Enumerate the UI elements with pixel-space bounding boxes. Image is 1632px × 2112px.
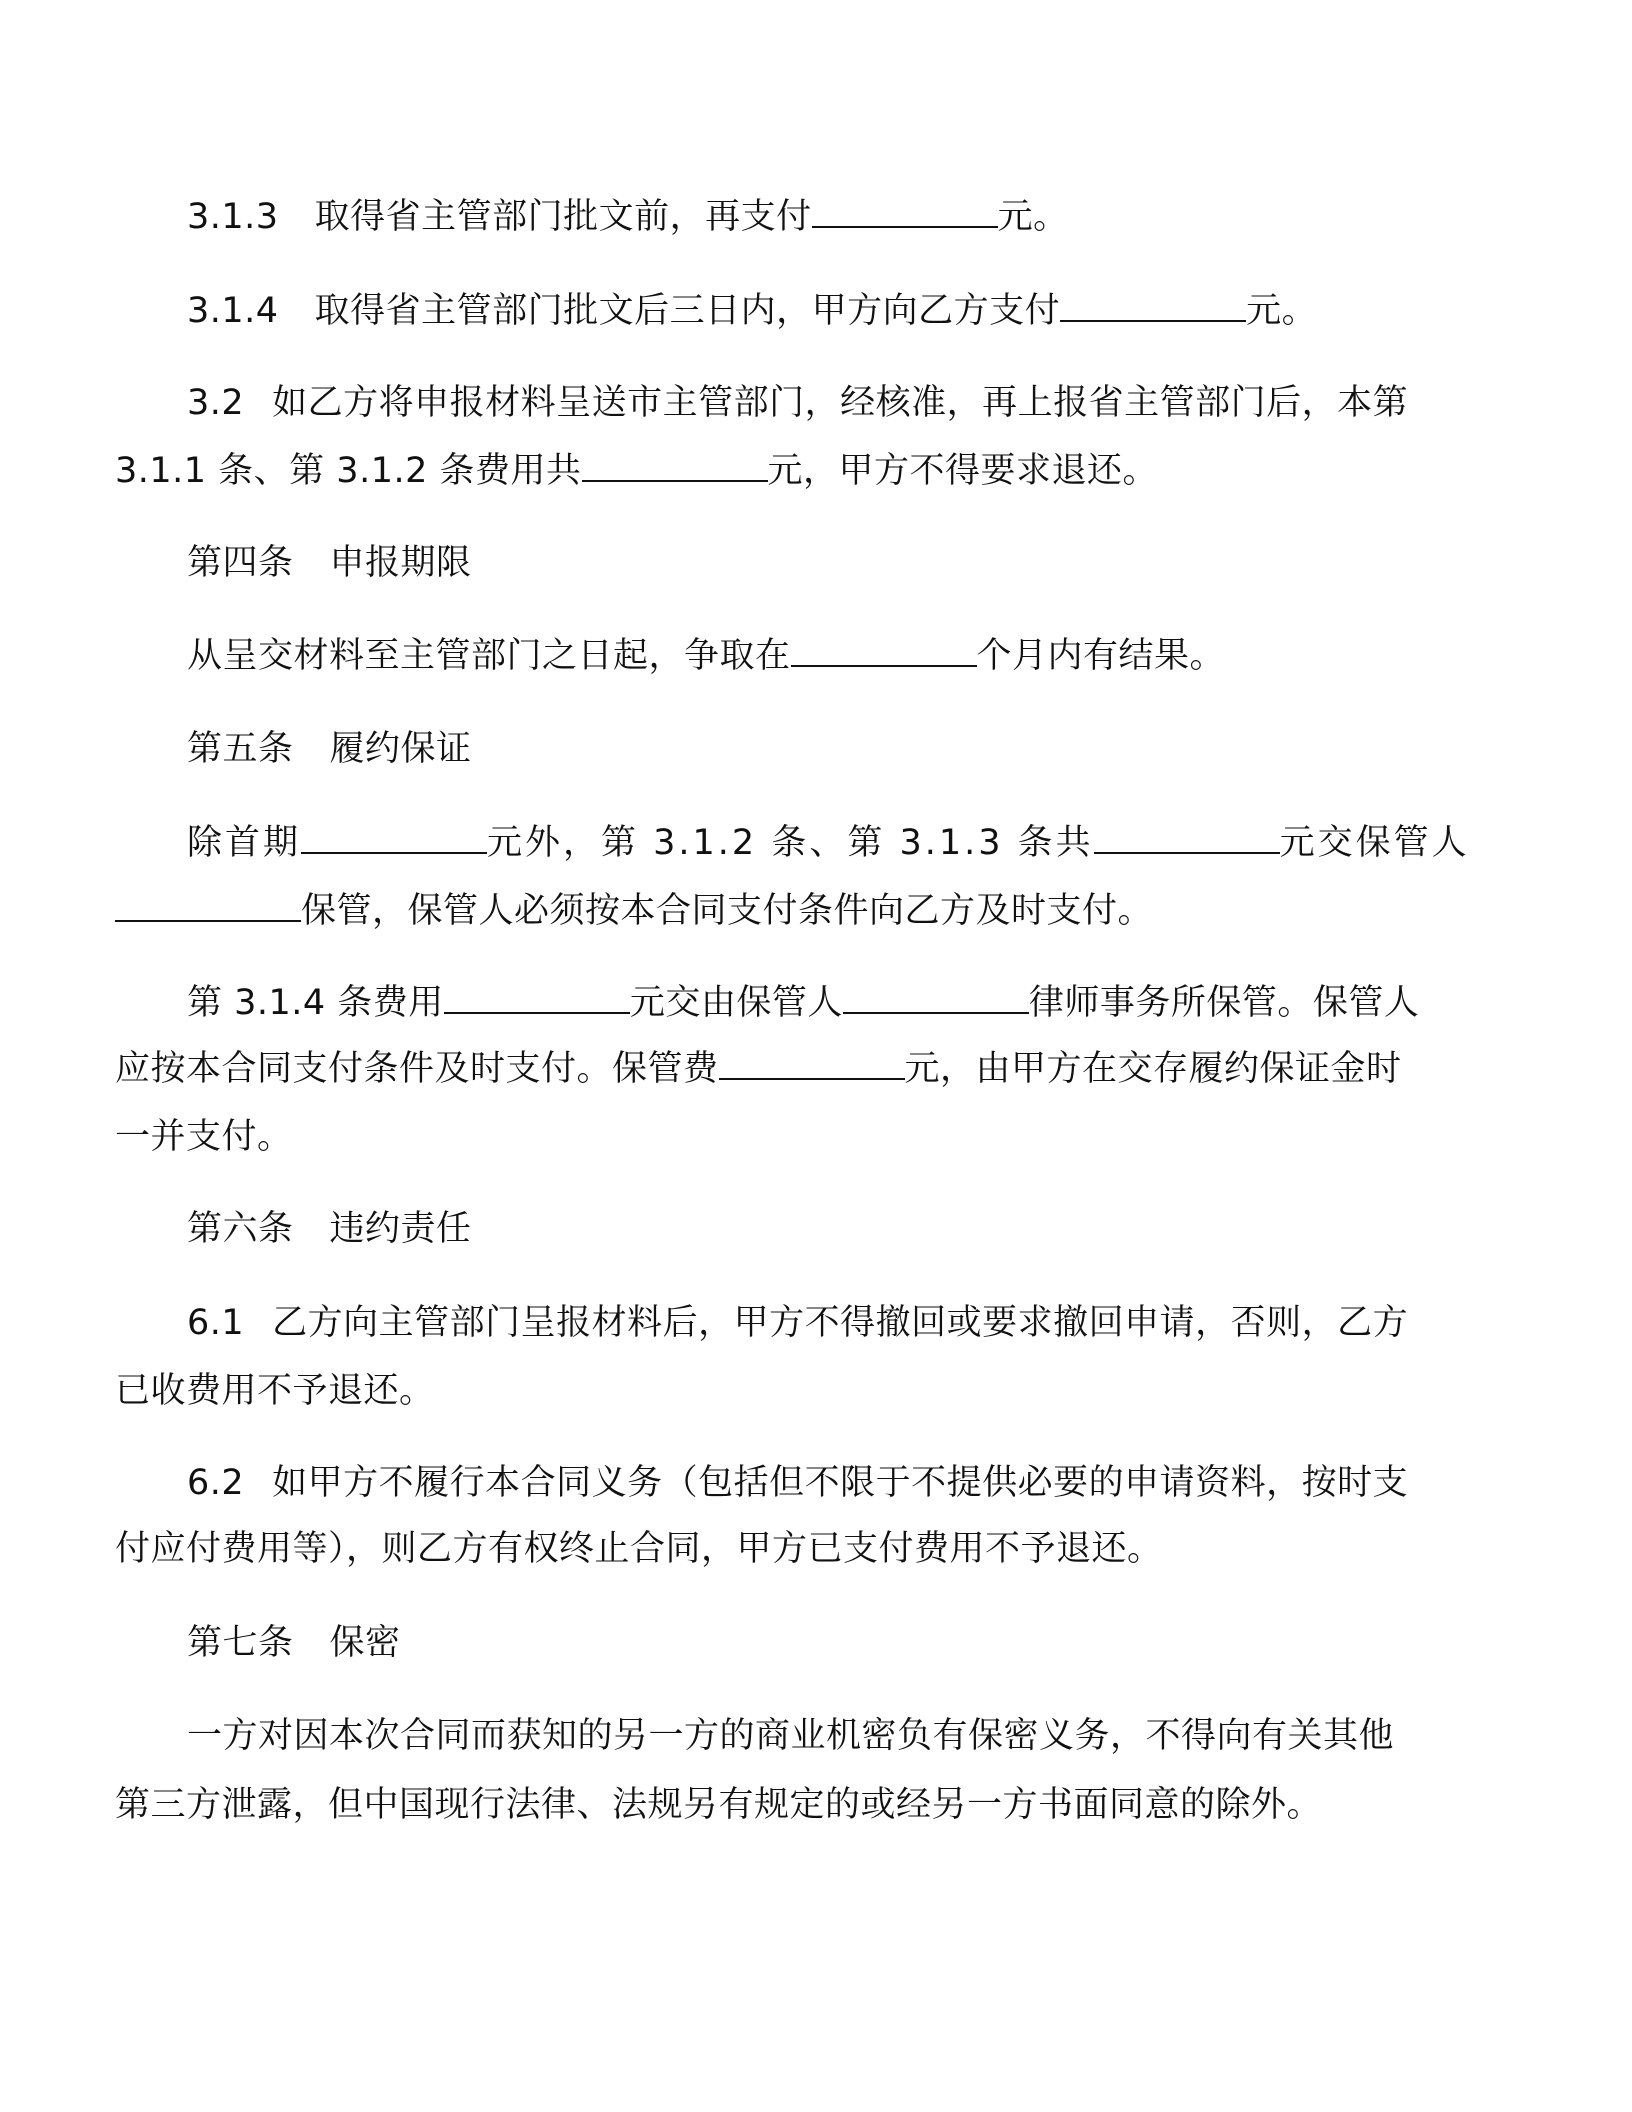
clause-text: 律师事务所保管。保管人 <box>1029 983 1420 1023</box>
clause-text: 元。 <box>998 197 1069 237</box>
article-number: 第七条 <box>187 1623 294 1663</box>
clause-text: 3.1.1 条、第 3.1.2 条费用共 <box>115 451 582 491</box>
clause-text: 取得省主管部门批文后三日内，甲方向乙方支付 <box>315 291 1061 331</box>
clause-text: 付应付费用等），则乙方有权终止合同，甲方已支付费用不予退还。 <box>115 1529 1163 1569</box>
article-number: 第六条 <box>187 1209 294 1249</box>
article-4-text: 从呈交材料至主管部门之日起，争取在个月内有结果。 <box>187 634 1539 678</box>
blank-field[interactable] <box>843 982 1029 1014</box>
article-6-heading: 第六条违约责任 <box>187 1207 1539 1251</box>
clause-number: 3.2 <box>187 381 244 425</box>
blank-field[interactable] <box>791 635 977 667</box>
article-title: 履约保证 <box>330 729 472 769</box>
clause-number: 6.1 <box>187 1301 244 1345</box>
blank-field[interactable] <box>582 450 768 482</box>
clause-text: 如甲方不履行本合同义务（包括但不限于不提供必要的申请资料，按时支 <box>272 1463 1408 1503</box>
clause-6-2-cont: 付应付费用等），则乙方有权终止合同，甲方已支付费用不予退还。 <box>115 1527 1467 1571</box>
clause-text: 一并支付。 <box>115 1117 293 1157</box>
clause-3-1-3: 3.1.3取得省主管部门批文前，再支付元。 <box>187 195 1539 239</box>
clause-3-2-cont: 3.1.1 条、第 3.1.2 条费用共元，甲方不得要求退还。 <box>115 449 1467 493</box>
article-5-para1: 除首期元外，第 3.1.2 条、第 3.1.3 条共元交保管人 <box>187 821 1539 865</box>
clause-text: 元，由甲方在交存履约保证金时 <box>905 1049 1402 1089</box>
clause-number: 3.1.3 <box>187 195 279 239</box>
clause-text: 第 3.1.4 条费用 <box>187 983 444 1023</box>
article-5-para1-cont: 保管，保管人必须按本合同支付条件向乙方及时支付。 <box>115 889 1467 933</box>
clause-text: 元交保管人 <box>1280 823 1470 863</box>
article-title: 申报期限 <box>330 543 472 583</box>
article-7-text: 一方对因本次合同而获知的另一方的商业机密负有保密义务，不得向有关其他 <box>187 1714 1539 1758</box>
clause-text: 从呈交材料至主管部门之日起，争取在 <box>187 636 791 676</box>
article-7-heading: 第七条保密 <box>187 1621 1539 1665</box>
clause-number: 3.1.4 <box>187 289 279 333</box>
blank-field[interactable] <box>812 196 998 228</box>
article-5-para2-cont: 应按本合同支付条件及时支付。保管费元，由甲方在交存履约保证金时 <box>115 1047 1467 1091</box>
blank-field[interactable] <box>301 822 487 854</box>
blank-field[interactable] <box>115 890 301 922</box>
article-number: 第四条 <box>187 543 294 583</box>
clause-text: 应按本合同支付条件及时支付。保管费 <box>115 1049 719 1089</box>
clause-6-1-cont: 已收费用不予退还。 <box>115 1369 1467 1413</box>
article-4-heading: 第四条申报期限 <box>187 541 1539 585</box>
article-number: 第五条 <box>187 729 294 769</box>
clause-text: 取得省主管部门批文前，再支付 <box>315 197 812 237</box>
clause-number: 6.2 <box>187 1461 244 1505</box>
clause-6-1: 6.1乙方向主管部门呈报材料后，甲方不得撤回或要求撤回申请，否则，乙方 <box>187 1301 1539 1345</box>
clause-text: 元外，第 3.1.2 条、第 3.1.3 条共 <box>487 823 1094 863</box>
clause-text: 已收费用不予退还。 <box>115 1371 435 1411</box>
clause-text: 个月内有结果。 <box>977 636 1226 676</box>
clause-text: 除首期 <box>187 823 301 863</box>
blank-field[interactable] <box>1060 290 1246 322</box>
clause-text: 元交由保管人 <box>630 983 843 1023</box>
clause-text: 如乙方将申报材料呈送市主管部门，经核准，再上报省主管部门后，本第 <box>272 383 1408 423</box>
blank-field[interactable] <box>719 1048 905 1080</box>
clause-3-2: 3.2如乙方将申报材料呈送市主管部门，经核准，再上报省主管部门后，本第 <box>187 381 1467 425</box>
article-5-heading: 第五条履约保证 <box>187 727 1539 771</box>
article-5-para2: 第 3.1.4 条费用元交由保管人律师事务所保管。保管人 <box>187 981 1539 1025</box>
clause-text: 乙方向主管部门呈报材料后，甲方不得撤回或要求撤回申请，否则，乙方 <box>272 1303 1408 1343</box>
clause-text: 元，甲方不得要求退还。 <box>768 451 1159 491</box>
clause-text: 第三方泄露，但中国现行法律、法规另有规定的或经另一方书面同意的除外。 <box>115 1785 1322 1825</box>
article-title: 保密 <box>330 1623 401 1663</box>
clause-3-1-4: 3.1.4取得省主管部门批文后三日内，甲方向乙方支付元。 <box>187 289 1539 333</box>
clause-text: 一方对因本次合同而获知的另一方的商业机密负有保密义务，不得向有关其他 <box>187 1716 1394 1756</box>
clause-text: 保管，保管人必须按本合同支付条件向乙方及时支付。 <box>301 891 1153 931</box>
clause-6-2: 6.2如甲方不履行本合同义务（包括但不限于不提供必要的申请资料，按时支 <box>187 1461 1539 1505</box>
article-7-text-cont: 第三方泄露，但中国现行法律、法规另有规定的或经另一方书面同意的除外。 <box>115 1783 1467 1827</box>
blank-field[interactable] <box>1094 822 1280 854</box>
blank-field[interactable] <box>444 982 630 1014</box>
article-5-para2-end: 一并支付。 <box>115 1115 1467 1159</box>
article-title: 违约责任 <box>330 1209 472 1249</box>
clause-text: 元。 <box>1246 291 1317 331</box>
